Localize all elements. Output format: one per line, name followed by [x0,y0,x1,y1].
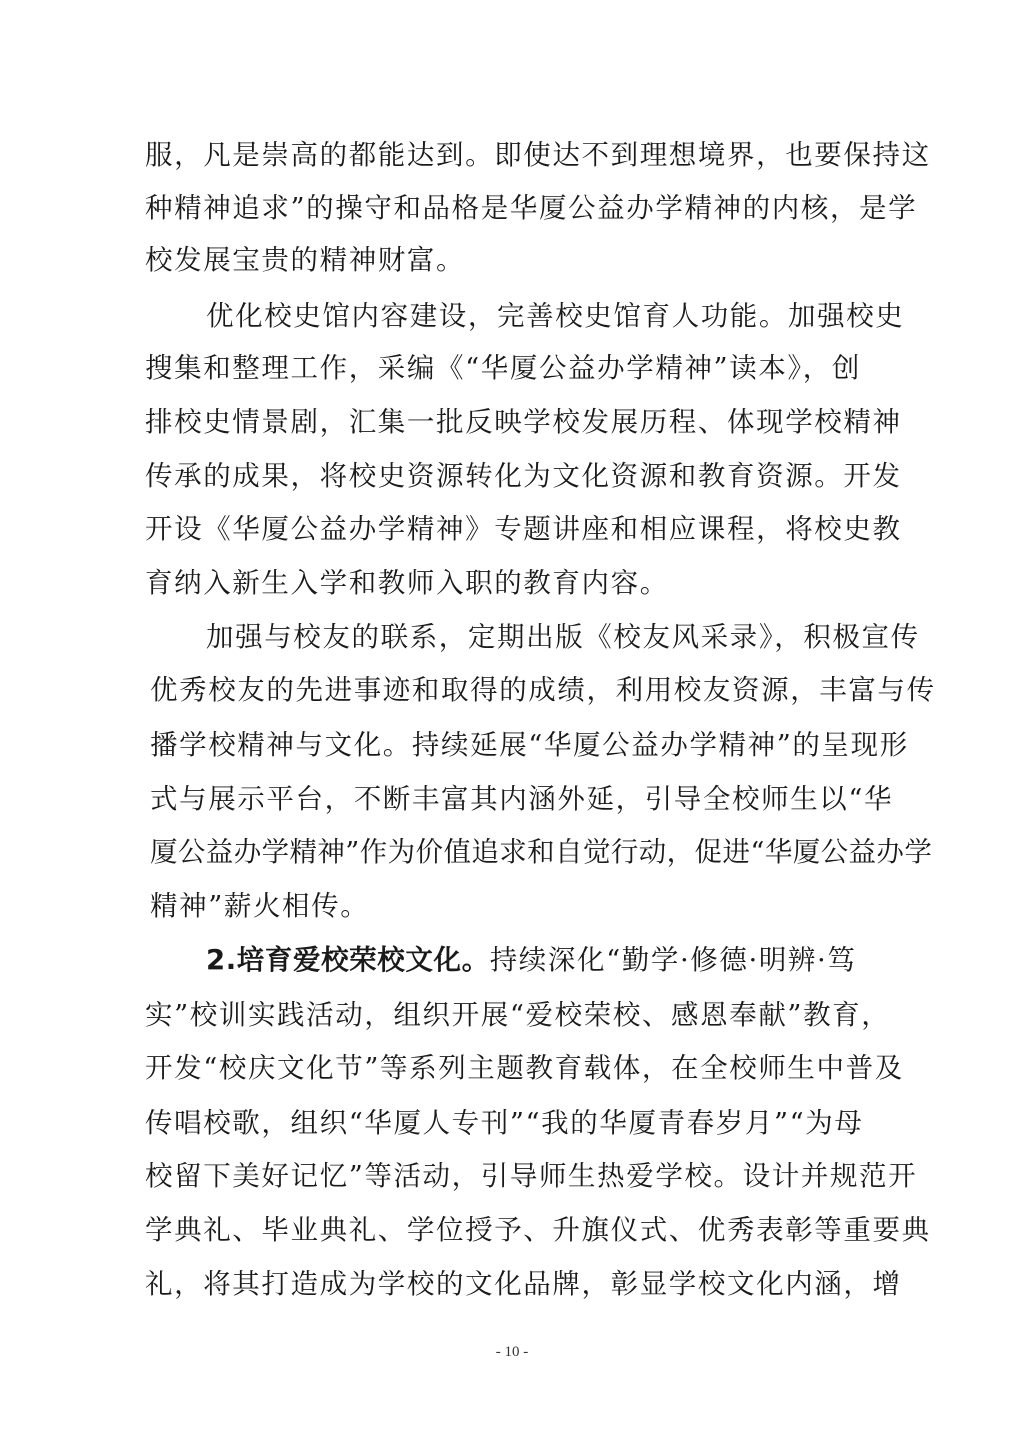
paragraph-2-line-2: 搜集和整理工作，采编《“华厦公益办学精神”读本》，创 [145,351,885,385]
page-number: - 10 - [0,1344,1024,1361]
paragraph-2-line-3: 排校史情景剧，汇集一批反映学校发展历程、体现学校精神 [145,405,885,439]
paragraph-3-line-2: 优秀校友的先进事迹和取得的成绩，利用校友资源，丰富与传 [150,673,890,707]
paragraph-2-line-4: 传承的成果，将校史资源转化为文化资源和教育资源。开发 [145,459,885,493]
paragraph-3-line-5: 厦公益办学精神”作为价值追求和自觉行动，促进“华厦公益办学 [150,835,890,869]
paragraph-4-line-6: 学典礼、毕业典礼、学位授予、升旗仪式、优秀表彰等重要典 [145,1213,885,1247]
paragraph-4-line-1-text: 持续深化“勤学·修德·明辨·笃 [490,944,857,976]
section-heading: 2.培育爱校荣校文化。 [206,944,490,976]
paragraph-4-line-2: 实”校训实践活动，组织开展“爱校荣校、感恩奉献”教育， [145,998,885,1032]
paragraph-1-line-2: 种精神追求”的操守和品格是华厦公益办学精神的内核，是学 [145,191,885,225]
paragraph-1-line-1: 服，凡是崇高的都能达到。即使达不到理想境界，也要保持这 [145,138,885,172]
paragraph-2-line-5: 开设《华厦公益办学精神》专题讲座和相应课程，将校史教 [145,512,885,546]
paragraph-4-line-5: 校留下美好记忆”等活动，引导师生热爱学校。设计并规范开 [145,1159,885,1193]
paragraph-2-line-1: 优化校史馆内容建设，完善校史馆育人功能。加强校史 [206,299,886,333]
paragraph-2-line-6: 育纳入新生入学和教师入职的教育内容。 [145,566,885,600]
paragraph-3-line-4: 式与展示平台，不断丰富其内涵外延，引导全校师生以“华 [150,782,890,816]
paragraph-4-line-4: 传唱校歌，组织“华厦人专刊”“我的华厦青春岁月”“为母 [145,1106,885,1140]
document-page: 服，凡是崇高的都能达到。即使达不到理想境界，也要保持这 种精神追求”的操守和品格… [0,0,1024,1447]
paragraph-3-line-1: 加强与校友的联系，定期出版《校友风采录》，积极宣传 [206,620,886,654]
paragraph-4-line-3: 开发“校庆文化节”等系列主题教育载体，在全校师生中普及 [145,1051,885,1085]
paragraph-3-line-6: 精神”薪火相传。 [150,889,890,923]
paragraph-4-line-7: 礼，将其打造成为学校的文化品牌，彰显学校文化内涵，增 [145,1267,885,1301]
paragraph-1-line-3: 校发展宝贵的精神财富。 [145,243,885,277]
paragraph-4-line-1: 2.培育爱校荣校文化。持续深化“勤学·修德·明辨·笃 [206,943,886,977]
paragraph-3-line-3: 播学校精神与文化。持续延展“华厦公益办学精神”的呈现形 [150,728,890,762]
